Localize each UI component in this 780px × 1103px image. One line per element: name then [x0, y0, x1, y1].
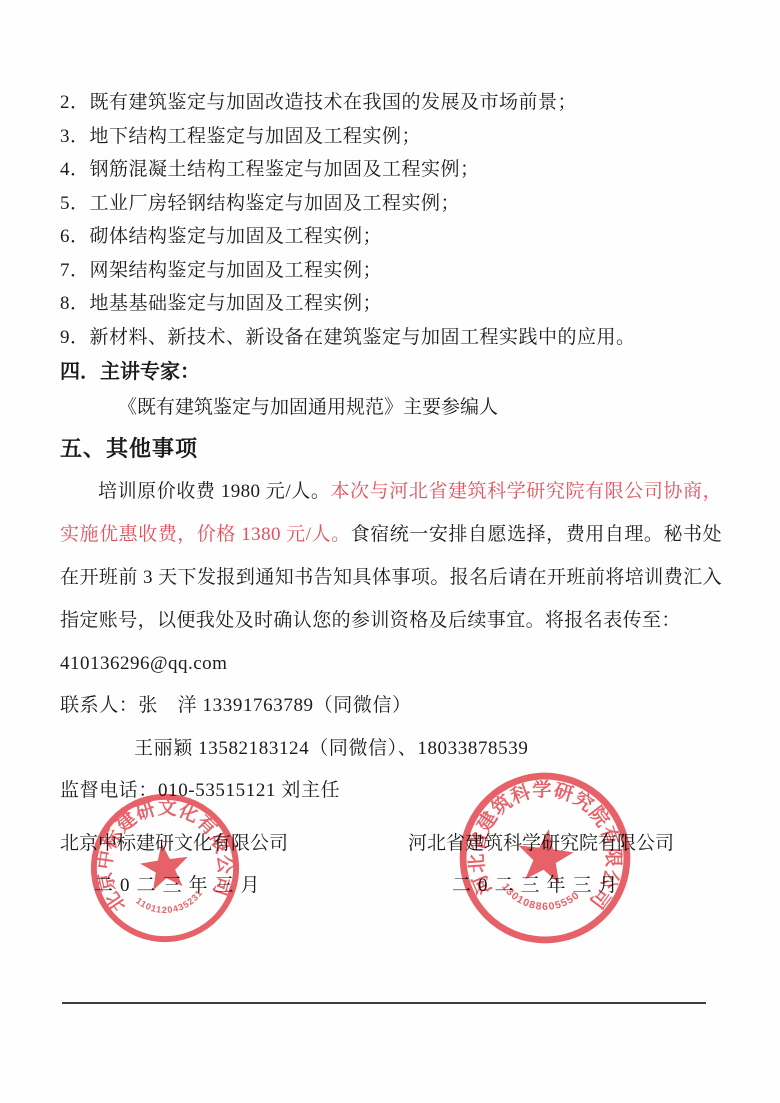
fees-paragraph: 培训原价收费 1980 元/人。本次与河北省建筑科学研究院有限公司协商，实施优惠…: [60, 470, 722, 642]
contact-line-2: 王丽颖 13582183124（同微信）、18033878539: [60, 728, 722, 771]
company-seal-left-icon: 北京中标建研文化有限公司 1101120435231: [86, 789, 244, 947]
list-item-4: 4．钢筋混凝土结构工程鉴定与加固及工程实例；: [60, 153, 722, 187]
contact-line-1: 联系人：张 洋 13391763789（同微信）: [60, 685, 722, 728]
seal-number-left: 1101120435231: [133, 887, 207, 920]
list-item-2: 2．既有建筑鉴定与加固改造技术在我国的发展及市场前景；: [60, 86, 722, 120]
document-page: 2．既有建筑鉴定与加固改造技术在我国的发展及市场前景； 3．地下结构工程鉴定与加…: [0, 0, 780, 1103]
list-item-3: 3．地下结构工程鉴定与加固及工程实例；: [60, 120, 722, 154]
document-content: 2．既有建筑鉴定与加固改造技术在我国的发展及市场前景； 3．地下结构工程鉴定与加…: [0, 0, 780, 813]
svg-text:1101120435231: 1101120435231: [133, 887, 207, 920]
svg-text:1301088605550: 1301088605550: [497, 881, 583, 918]
seal-number-right: 1301088605550: [497, 881, 583, 918]
footer-divider-line: [62, 1002, 706, 1004]
seal-star-icon: [515, 826, 576, 885]
seal-star-icon: [138, 840, 192, 892]
email-address: 410136296@qq.com: [60, 642, 722, 685]
section-5-heading: 五、其他事项: [60, 428, 722, 470]
section-4-heading: 四．主讲专家：: [60, 355, 722, 390]
list-item-7: 7．网架结构鉴定与加固及工程实例；: [60, 254, 722, 288]
course-topic-list: 2．既有建筑鉴定与加固改造技术在我国的发展及市场前景； 3．地下结构工程鉴定与加…: [60, 86, 722, 354]
list-item-5: 5．工业厂房轻钢结构鉴定与加固及工程实例；: [60, 187, 722, 221]
fee-original-text: 培训原价收费 1980 元/人。: [98, 481, 330, 502]
list-item-8: 8．地基基础鉴定与加固及工程实例；: [60, 287, 722, 321]
company-seal-right-icon: 河北省建筑科学研究院有限公司 1301088605550: [454, 767, 636, 949]
list-item-9: 9．新材料、新技术、新设备在建筑鉴定与加固工程实践中的应用。: [60, 321, 722, 355]
list-item-6: 6．砌体结构鉴定与加固及工程实例；: [60, 220, 722, 254]
section-4-content: 《既有建筑鉴定与加固通用规范》主要参编人: [60, 390, 722, 426]
